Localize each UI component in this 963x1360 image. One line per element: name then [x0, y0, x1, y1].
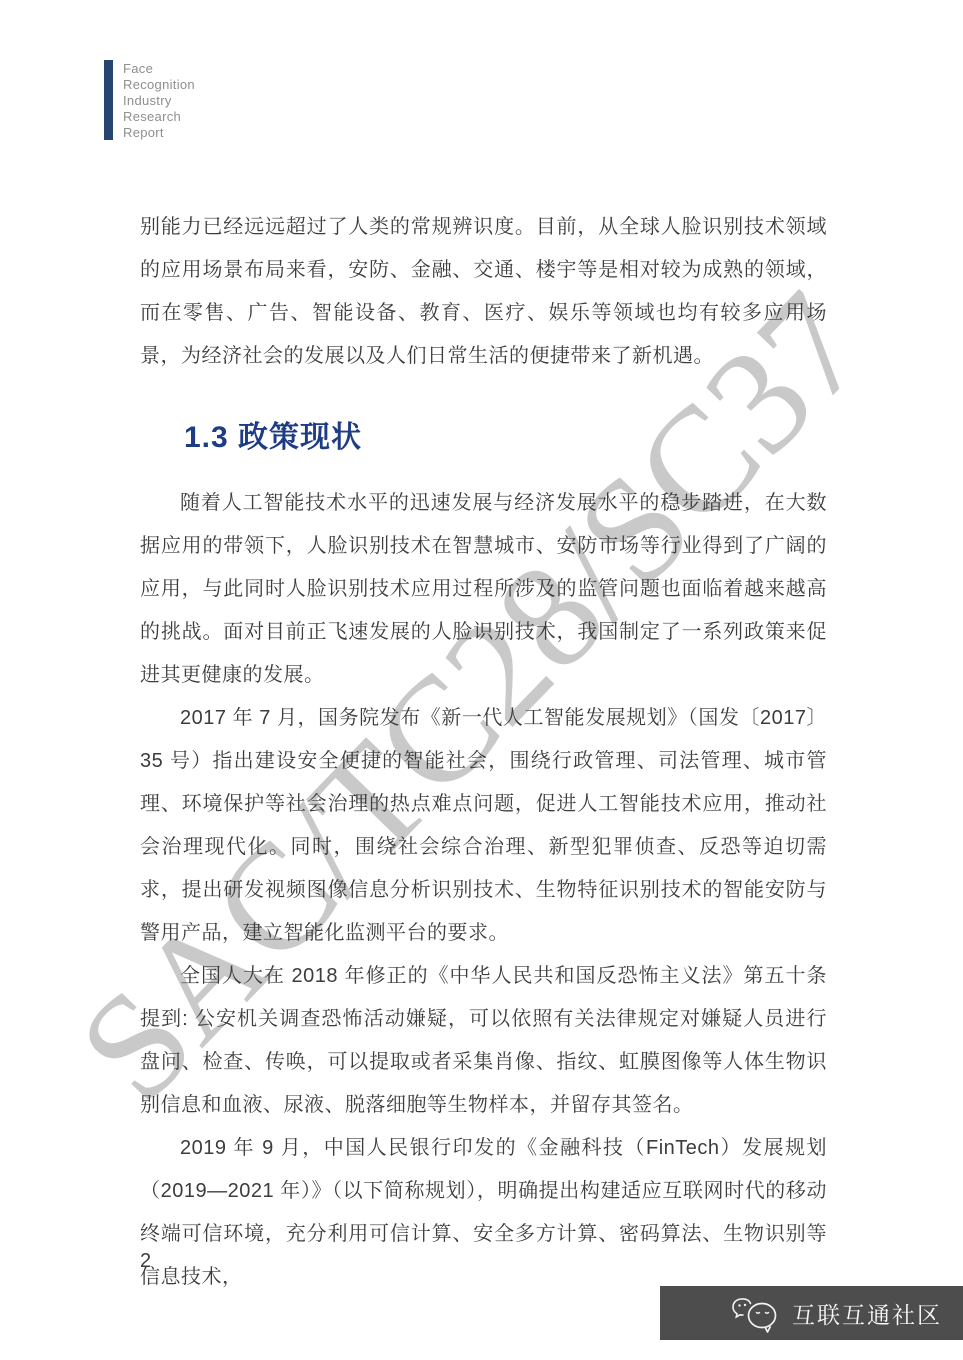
- policy-paragraph-2: 2017 年 7 月，国务院发布《新一代人工智能发展规划》（国发〔2017〕35…: [140, 697, 827, 955]
- policy-paragraph-1: 随着人工智能技术水平的迅速发展与经济发展水平的稳步踏进，在大数据应用的带领下，人…: [140, 482, 827, 697]
- report-title-line: Research: [123, 109, 195, 125]
- report-title-line: Recognition: [123, 77, 195, 93]
- report-brand: Face Recognition Industry Research Repor…: [104, 60, 195, 141]
- policy-paragraph-3: 全国人大在 2018 年修正的《中华人民共和国反恐怖主义法》第五十条提到: 公安…: [140, 955, 827, 1127]
- brand-accent-bar: [104, 60, 113, 140]
- page-number: 2: [140, 1250, 151, 1273]
- community-footer-bar: 互联互通社区: [660, 1286, 963, 1340]
- report-title: Face Recognition Industry Research Repor…: [123, 60, 195, 141]
- policy-paragraph-4: 2019 年 9 月，中国人民银行印发的《金融科技（FinTech）发展规划（2…: [140, 1127, 827, 1299]
- intro-paragraph: 别能力已经远远超过了人类的常规辨识度。目前，从全球人脸识别技术领域的应用场景布局…: [140, 206, 827, 378]
- wechat-icon: [732, 1293, 782, 1333]
- report-title-line: Report: [123, 125, 195, 141]
- report-title-line: Industry: [123, 93, 195, 109]
- section-heading: 1.3 政策现状: [184, 412, 827, 456]
- document-body: 别能力已经远远超过了人类的常规辨识度。目前，从全球人脸识别技术领域的应用场景布局…: [140, 206, 827, 1299]
- community-name: 互联互通社区: [792, 1297, 942, 1330]
- report-title-line: Face: [123, 61, 195, 77]
